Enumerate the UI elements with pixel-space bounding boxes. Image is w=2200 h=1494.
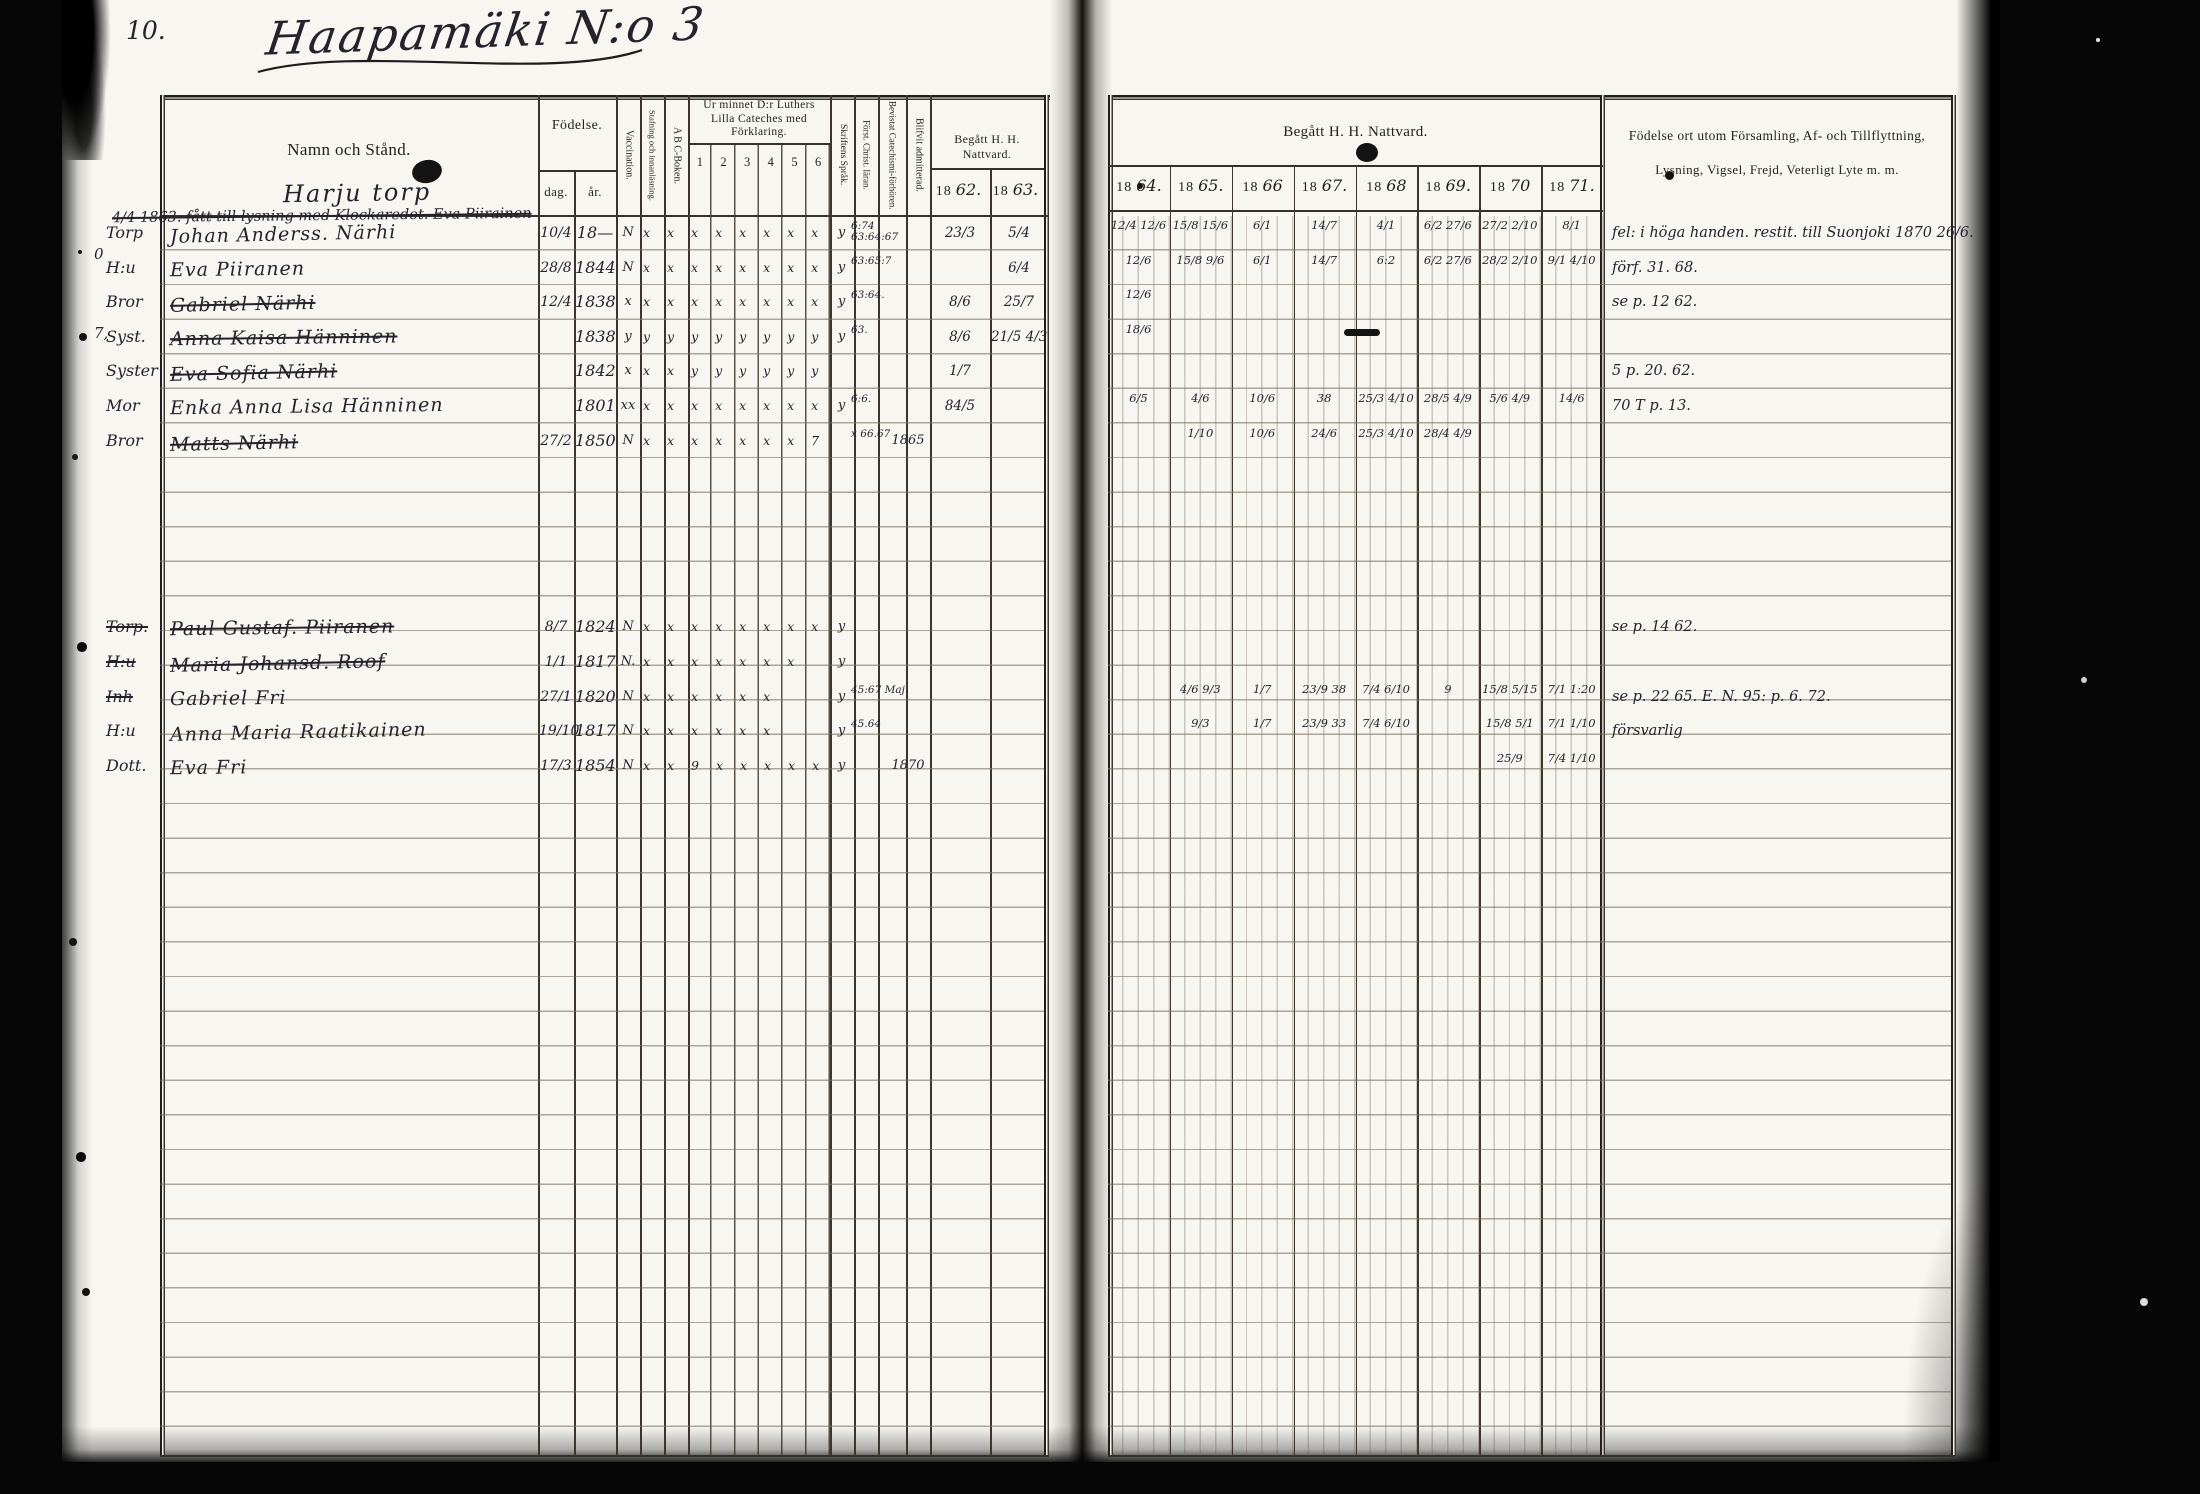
nattvard-cell: 7/1 1/10 <box>1541 714 1602 749</box>
nattvard-cell: 18/6 <box>1108 320 1169 355</box>
nattvard-cell: 9/3 <box>1170 714 1231 749</box>
nattvard-cell: 12/4 12/6 <box>1108 216 1169 251</box>
nattvard-cell: 10/6 <box>1232 389 1293 424</box>
nattvard-cell: 7/4 1/10 <box>1541 749 1602 784</box>
household-header: Harju torp <box>283 178 432 209</box>
nattvard-cell: 6/1 <box>1232 216 1293 251</box>
nattvard-cell: 27/2 2/10 <box>1479 216 1540 251</box>
register-row-right: 25/97/4 1/10 <box>0 749 2000 783</box>
marginal-note: försvarlig <box>1612 714 1948 748</box>
nattvard-cell: 14/7 <box>1294 251 1355 286</box>
marginal-note: fel: i höga handen. restit. till Suonjok… <box>1612 216 1948 250</box>
nattvard-cell: 6/5 <box>1108 389 1169 424</box>
nattvard-cell: 28/4 4/9 <box>1417 424 1478 459</box>
marginal-note: se p. 22 65. E. N. 95: p. 6. 72. <box>1612 680 1948 714</box>
register-row-right: 12/615/8 9/66/114/76:26/2 27/628/2 2/109… <box>0 251 2000 285</box>
nattvard-cell: 28/5 4/9 <box>1417 389 1478 424</box>
marginal-note: förf. 31. 68. <box>1612 251 1948 285</box>
register-row-right: 6/54/610/63825/3 4/1028/5 4/95/6 4/914/6… <box>0 389 2000 423</box>
nattvard-cell: 25/3 4/10 <box>1356 389 1417 424</box>
nattvard-cell: 6/2 27/6 <box>1417 216 1478 251</box>
nattvard-cell: 14/6 <box>1541 389 1602 424</box>
marginal-note: se p. 14 62. <box>1612 610 1948 644</box>
register-row-right: 1/1010/624/625/3 4/1028/4 4/9 <box>0 424 2000 458</box>
nattvard-cell: 4/1 <box>1356 216 1417 251</box>
nattvard-cell: 1/7 <box>1232 680 1293 715</box>
nattvard-cell: 6/1 <box>1232 251 1293 286</box>
register-row-right: 12/6se p. 12 62. <box>0 285 2000 319</box>
register-row-right: 12/4 12/615/8 15/66/114/74/16/2 27/627/2… <box>0 216 2000 250</box>
register-row-right: se p. 14 62. <box>0 610 2000 644</box>
nattvard-cell: 15/8 15/6 <box>1170 216 1231 251</box>
nattvard-cell: 1/10 <box>1170 424 1231 459</box>
nattvard-cell: 4/6 9/3 <box>1170 680 1231 715</box>
register-row-right <box>0 645 2000 679</box>
nattvard-cell: 15/8 9/6 <box>1170 251 1231 286</box>
register-row-right: 18/6 <box>0 320 2000 354</box>
nattvard-cell: 1/7 <box>1232 714 1293 749</box>
nattvard-cell: 10/6 <box>1232 424 1293 459</box>
register-row-right: 9/31/723/9 337/4 6/1015/8 5/17/1 1/10för… <box>0 714 2000 748</box>
nattvard-cell: 7/1 1:20 <box>1541 680 1602 715</box>
nattvard-cell: 5/6 4/9 <box>1479 389 1540 424</box>
handwritten-entries-layer: Harju torp4/4 1863. fått till-lysning me… <box>0 0 2200 1494</box>
nattvard-cell: 6:2 <box>1356 251 1417 286</box>
nattvard-cell: 25/3 4/10 <box>1356 424 1417 459</box>
marginal-note: 70 T p. 13. <box>1612 389 1948 423</box>
nattvard-cell: 28/2 2/10 <box>1479 251 1540 286</box>
marginal-note: 5 p. 20. 62. <box>1612 354 1948 388</box>
nattvard-cell: 38 <box>1294 389 1355 424</box>
scanned-parish-register-page: { "page": { "number": "10.", "title": "H… <box>0 0 2200 1494</box>
nattvard-cell: 23/9 33 <box>1294 714 1355 749</box>
nattvard-cell: 9/1 4/10 <box>1541 251 1602 286</box>
nattvard-cell: 15/8 5/1 <box>1479 714 1540 749</box>
nattvard-cell: 24/6 <box>1294 424 1355 459</box>
register-row-right: 5 p. 20. 62. <box>0 354 2000 388</box>
nattvard-cell: 14/7 <box>1294 216 1355 251</box>
nattvard-cell: 23/9 38 <box>1294 680 1355 715</box>
nattvard-cell: 7/4 6/10 <box>1356 680 1417 715</box>
nattvard-cell: 12/6 <box>1108 251 1169 286</box>
nattvard-cell: 4/6 <box>1170 389 1231 424</box>
register-row-right: 4/6 9/31/723/9 387/4 6/10915/8 5/157/1 1… <box>0 680 2000 714</box>
nattvard-cell: 7/4 6/10 <box>1356 714 1417 749</box>
nattvard-cell: 25/9 <box>1479 749 1540 784</box>
nattvard-cell: 9 <box>1417 680 1478 715</box>
nattvard-cell: 12/6 <box>1108 285 1169 320</box>
nattvard-cell: 15/8 5/15 <box>1479 680 1540 715</box>
marginal-note: se p. 12 62. <box>1612 285 1948 319</box>
nattvard-cell: 6/2 27/6 <box>1417 251 1478 286</box>
nattvard-cell: 8/1 <box>1541 216 1602 251</box>
